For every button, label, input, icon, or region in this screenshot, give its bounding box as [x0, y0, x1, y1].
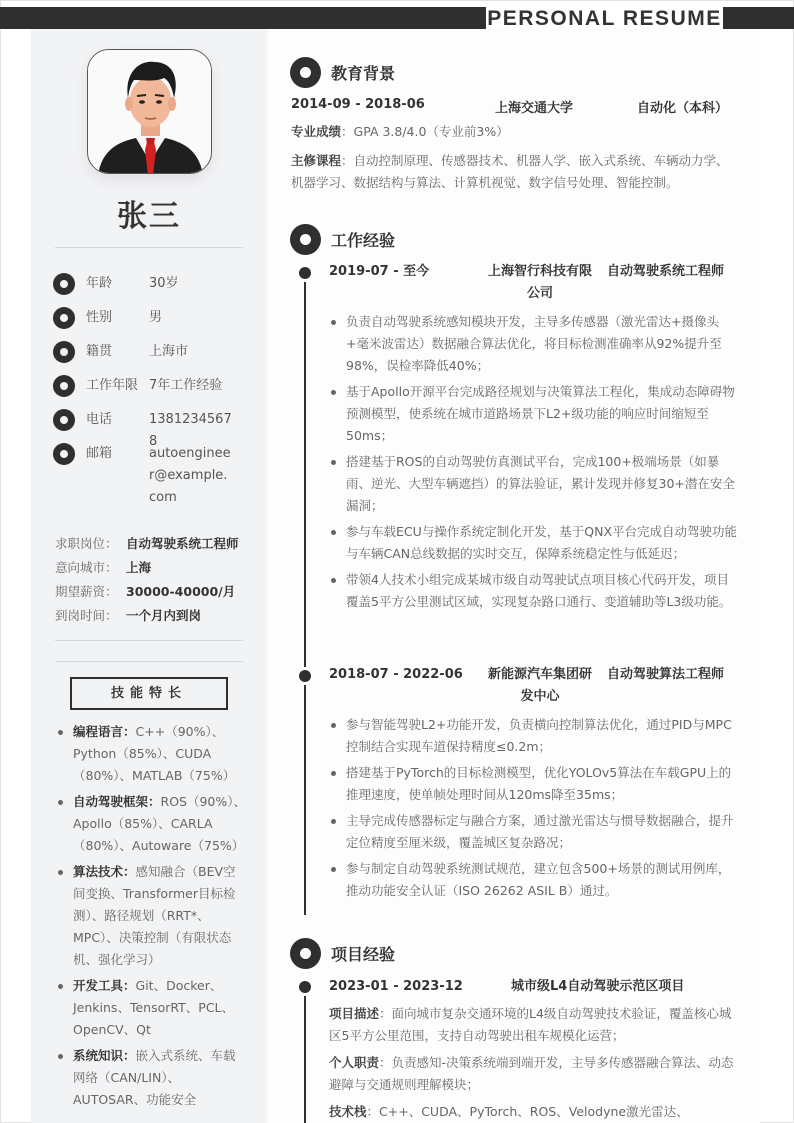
project-name: 城市级L4自动驾驶示范区项目 [511, 976, 684, 998]
project-description: 项目描述：面向城市复杂交通环境的L4级自动驾驶技术验证，覆盖核心城区5平方公里范… [329, 1003, 739, 1047]
info-row-gender: 性别 男 [53, 307, 253, 329]
info-label: 工作年限 [75, 375, 149, 397]
job-value: 30000-40000/月 [126, 583, 235, 601]
courses-label: 主修课程 [291, 153, 341, 168]
ring-bullet-icon [53, 409, 75, 431]
education-grade: 专业成绩：GPA 3.8/4.0（专业前3%） [291, 121, 731, 143]
project-period: 2023-01 - 2023-12 [329, 976, 463, 998]
info-row-email: 邮箱 autoengineer@example.com [53, 443, 253, 509]
email-link[interactable]: autoengineer@example.com [149, 443, 233, 509]
section-heading-education: 教育背景 [290, 57, 395, 88]
section-title: 教育背景 [331, 61, 395, 84]
work-role: 自动驾驶系统工程师 [607, 261, 724, 283]
section-ring-icon [290, 938, 321, 969]
grade-value: ：GPA 3.8/4.0（专业前3%） [341, 124, 509, 139]
work-bullet: 参与车载ECU与操作系统定制化开发，基于QNX平台完成自动驾驶功能与车辆CAN总… [329, 521, 739, 565]
info-label: 籍贯 [75, 341, 149, 363]
work-bullet: 主导完成传感器标定与融合方案，通过激光雷达与惯导数据融合，提升定位精度至厘米级，… [329, 810, 739, 854]
section-heading-work: 工作经验 [290, 224, 395, 255]
skill-item: 自动驾驶框架：ROS（90%）、Apollo（85%）、CARLA（80%）、A… [55, 791, 247, 857]
work-period: 2019-07 - 至今 [329, 261, 429, 283]
skill-key: 系统知识： [73, 1048, 136, 1063]
ring-bullet-icon [53, 375, 75, 397]
job-value: 自动驾驶系统工程师 [126, 535, 239, 553]
skill-text: 感知融合（BEV空间变换、Transformer目标检测）、路径规划（RRT*、… [73, 864, 236, 967]
skill-key: 自动驾驶框架： [73, 794, 161, 809]
ring-bullet-icon [53, 341, 75, 363]
project-duty-text: ：负责感知-决策系统端到端开发，主导多传感器融合算法、动态避障与交通规则理解模块… [329, 1055, 734, 1092]
skill-key: 算法技术： [73, 864, 136, 879]
skills-list: 编程语言：C++（90%）、Python（85%）、CUDA（80%）、MATL… [55, 721, 247, 1115]
job-value: 一个月内到岗 [126, 607, 201, 625]
candidate-name: 张三 [31, 191, 267, 235]
section-heading-projects: 项目经验 [290, 938, 395, 969]
work-bullet: 搭建基于ROS的自动驾驶仿真测试平台，完成100+极端场景（如暴雨、逆光、大型车… [329, 451, 739, 517]
resume-title: PERSONAL RESUME [486, 4, 723, 32]
avatar [87, 49, 212, 174]
skill-item: 系统知识：嵌入式系统、车载网络（CAN/LIN）、AUTOSAR、功能安全 [55, 1045, 247, 1111]
info-value: 上海市 [149, 341, 233, 363]
divider [55, 247, 243, 248]
work-bullets: 负责自动驾驶系统感知模块开发，主导多传感器（激光雷达+摄像头+毫米波雷达）数据融… [329, 311, 739, 617]
skill-item: 编程语言：C++（90%）、Python（85%）、CUDA（80%）、MATL… [55, 721, 247, 787]
courses-value: ：自动控制原理、传感器技术、机器人学、嵌入式系统、车辆动力学、机器学习、数据结构… [291, 153, 729, 190]
divider [55, 661, 243, 662]
skill-key: 编程语言： [73, 724, 136, 739]
project-duty-label: 个人职责 [329, 1055, 379, 1070]
work-company: 新能源汽车集团研发中心 [485, 664, 595, 708]
info-value: 7年工作经验 [149, 375, 233, 397]
project-stack: 技术栈：C++、CUDA、PyTorch、ROS、Velodyne激光雷达、 [329, 1101, 739, 1123]
education-period: 2014-09 - 2018-06 [291, 97, 425, 112]
skill-key: 开发工具： [73, 978, 136, 993]
job-intent-position: 求职岗位： 自动驾驶系统工程师 [55, 535, 239, 553]
education-courses: 主修课程：自动控制原理、传感器技术、机器人学、嵌入式系统、车辆动力学、机器学习、… [291, 150, 731, 194]
skill-item: 算法技术：感知融合（BEV空间变换、Transformer目标检测）、路径规划（… [55, 861, 247, 971]
timeline-dot-icon [299, 981, 311, 993]
section-ring-icon [290, 224, 321, 255]
info-value: 30岁 [149, 273, 233, 295]
education-school: 上海交通大学 [495, 97, 573, 116]
project-desc-label: 项目描述 [329, 1006, 379, 1021]
job-label: 求职岗位： [55, 535, 126, 553]
project-stack-label: 技术栈 [329, 1104, 367, 1119]
work-bullet: 带领4人技术小组完成某城市级自动驾驶试点项目核心代码开发，项目覆盖5平方公里测试… [329, 569, 739, 613]
work-company: 上海智行科技有限公司 [485, 261, 595, 305]
project-duty: 个人职责：负责感知-决策系统端到端开发，主导多传感器融合算法、动态避障与交通规则… [329, 1052, 739, 1096]
work-bullet: 参与智能驾驶L2+功能开发，负责横向控制算法优化，通过PID与MPC控制结合实现… [329, 714, 739, 758]
avatar-portrait-icon [88, 50, 212, 174]
info-label: 性别 [75, 307, 149, 329]
work-bullet: 基于Apollo开源平台完成路径规划与决策算法工程化，集成动态障碍物预测模型，使… [329, 381, 739, 447]
section-ring-icon [290, 57, 321, 88]
education-major: 自动化（本科） [637, 97, 728, 116]
grade-label: 专业成绩 [291, 124, 341, 139]
timeline-dot-icon [299, 670, 311, 682]
divider [55, 640, 243, 641]
section-title: 项目经验 [331, 942, 395, 965]
project-stack-text: ：C++、CUDA、PyTorch、ROS、Velodyne激光雷达、 [367, 1104, 689, 1119]
info-row-experience: 工作年限 7年工作经验 [53, 375, 253, 397]
timeline-dot-icon [299, 267, 311, 279]
skill-item: 开发工具：Git、Docker、Jenkins、TensorRT、PCL、Ope… [55, 975, 247, 1041]
work-bullet: 参与制定自动驾驶系统测试规范，建立包含500+场景的测试用例库，推动功能安全认证… [329, 858, 739, 902]
header-band-left [0, 7, 486, 29]
job-intent-city: 意向城市： 上海 [55, 559, 151, 577]
project-desc-text: ：面向城市复杂交通环境的L4级自动驾驶技术验证，覆盖核心城区5平方公里范围，支持… [329, 1006, 731, 1043]
work-bullets: 参与智能驾驶L2+功能开发，负责横向控制算法优化，通过PID与MPC控制结合实现… [329, 714, 739, 906]
sidebar: 张三 年龄 30岁 性别 男 籍贯 上海市 工作年限 7年工作经验 电话 138… [31, 29, 267, 1123]
project-timeline-line [304, 987, 306, 1123]
work-bullet: 负责自动驾驶系统感知模块开发，主导多传感器（激光雷达+摄像头+毫米波雷达）数据融… [329, 311, 739, 377]
job-label: 到岗时间： [55, 607, 126, 625]
skills-heading: 技能特长 [70, 677, 228, 710]
work-role: 自动驾驶算法工程师 [607, 664, 724, 686]
main-content: 教育背景 2014-09 - 2018-06 上海交通大学 自动化（本科） 专业… [267, 29, 760, 1123]
job-intent-availability: 到岗时间： 一个月内到岗 [55, 607, 201, 625]
header-band-right [723, 7, 794, 29]
info-value: 男 [149, 307, 233, 329]
ring-bullet-icon [53, 443, 75, 465]
job-value: 上海 [126, 559, 151, 577]
work-bullet: 搭建基于PyTorch的目标检测模型，优化YOLOv5算法在车载GPU上的推理速… [329, 762, 739, 806]
info-row-hometown: 籍贯 上海市 [53, 341, 253, 363]
job-intent-salary: 期望薪资： 30000-40000/月 [55, 583, 235, 601]
ring-bullet-icon [53, 273, 75, 295]
ring-bullet-icon [53, 307, 75, 329]
job-label: 意向城市： [55, 559, 126, 577]
info-label: 邮箱 [75, 443, 149, 509]
info-label: 年龄 [75, 273, 149, 295]
work-timeline-line [304, 273, 306, 915]
work-period: 2018-07 - 2022-06 [329, 664, 463, 686]
section-title: 工作经验 [331, 228, 395, 251]
job-label: 期望薪资： [55, 583, 126, 601]
info-row-age: 年龄 30岁 [53, 273, 253, 295]
